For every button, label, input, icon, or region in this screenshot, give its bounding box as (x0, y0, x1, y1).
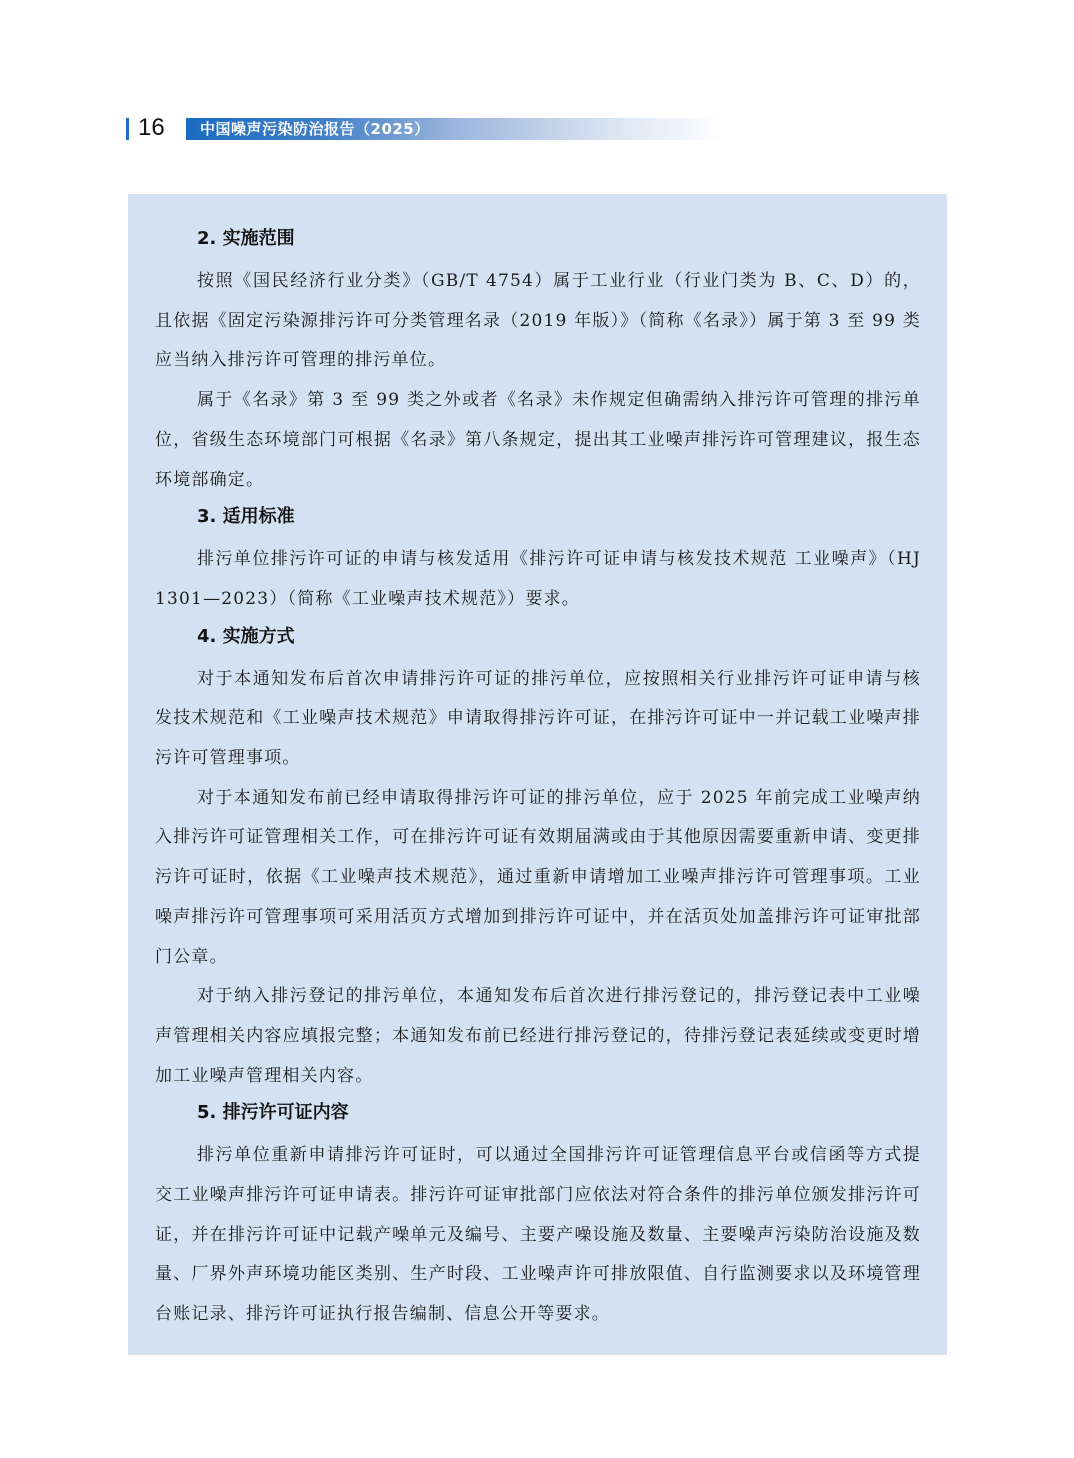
paragraph: 对于纳入排污登记的排污单位，本通知发布后首次进行排污登记的，排污登记表中工业噪声… (155, 977, 921, 1096)
section-heading: 2. 实施范围 (155, 222, 921, 262)
paragraph: 排污单位重新申请排污许可证时，可以通过全国排污许可证管理信息平台或信函等方式提交… (155, 1136, 921, 1335)
paragraph: 排污单位排污许可证的申请与核发适用《排污许可证申请与核发技术规范 工业噪声》（H… (155, 540, 921, 619)
section-heading: 5. 排污许可证内容 (155, 1096, 921, 1136)
report-title: 中国噪声污染防治报告（2025） (200, 118, 430, 140)
paragraph: 对于本通知发布后首次申请排污许可证的排污单位，应按照相关行业排污许可证申请与核发… (155, 660, 921, 779)
section-heading: 4. 实施方式 (155, 620, 921, 660)
content-box: 2. 实施范围 按照《国民经济行业分类》（GB/T 4754）属于工业行业（行业… (128, 194, 947, 1355)
section-heading: 3. 适用标准 (155, 500, 921, 540)
header-accent-bar (126, 118, 129, 140)
page-header: 16 中国噪声污染防治报告（2025） (126, 116, 726, 142)
content-body: 2. 实施范围 按照《国民经济行业分类》（GB/T 4754）属于工业行业（行业… (155, 222, 921, 1335)
paragraph: 属于《名录》第 3 至 99 类之外或者《名录》未作规定但确需纳入排污许可管理的… (155, 381, 921, 500)
report-title-band: 中国噪声污染防治报告（2025） (186, 118, 726, 140)
paragraph: 按照《国民经济行业分类》（GB/T 4754）属于工业行业（行业门类为 B、C、… (155, 262, 921, 381)
page-number: 16 (138, 114, 165, 142)
paragraph: 对于本通知发布前已经申请取得排污许可证的排污单位，应于 2025 年前完成工业噪… (155, 779, 921, 978)
